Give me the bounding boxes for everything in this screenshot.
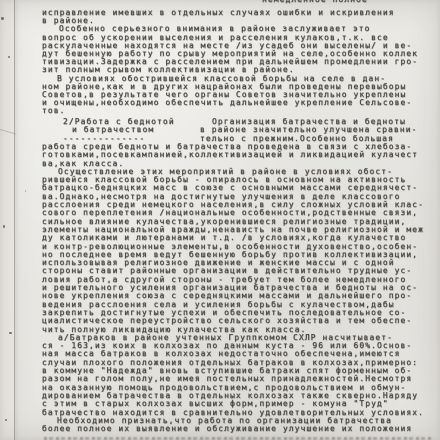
text-line: более полное их выявление и обслуживание… (42, 425, 424, 433)
document-page: немедленное полное исправление имевших в… (0, 0, 440, 440)
text-line: тов. (42, 107, 418, 115)
ink-speck (25, 190, 26, 192)
cutoff-bottom-line (44, 437, 432, 440)
cutoff-top-line: немедленное полное (262, 0, 368, 4)
page-fold-strip (0, 0, 15, 440)
text-line: и очищены,необходимо обеспечить дальнейш… (42, 99, 418, 107)
section2-heading: 2/Работа с беднотойи батрачеством-------… (63, 118, 175, 143)
section2-heading-lede: Организация батрачества и беднотыв район… (200, 118, 417, 143)
ink-speck (9, 332, 12, 334)
ink-speck (3, 225, 5, 228)
paragraph-block-1: исправление имевших в отдельных случаях … (42, 9, 418, 115)
text-line: исправление имевших в отдельных случаях … (42, 9, 418, 17)
ink-speck (8, 56, 10, 58)
section2-body: работа среди бедноты и батрачества прове… (42, 143, 424, 433)
ink-speck (1, 17, 4, 20)
ink-speck (5, 419, 7, 421)
